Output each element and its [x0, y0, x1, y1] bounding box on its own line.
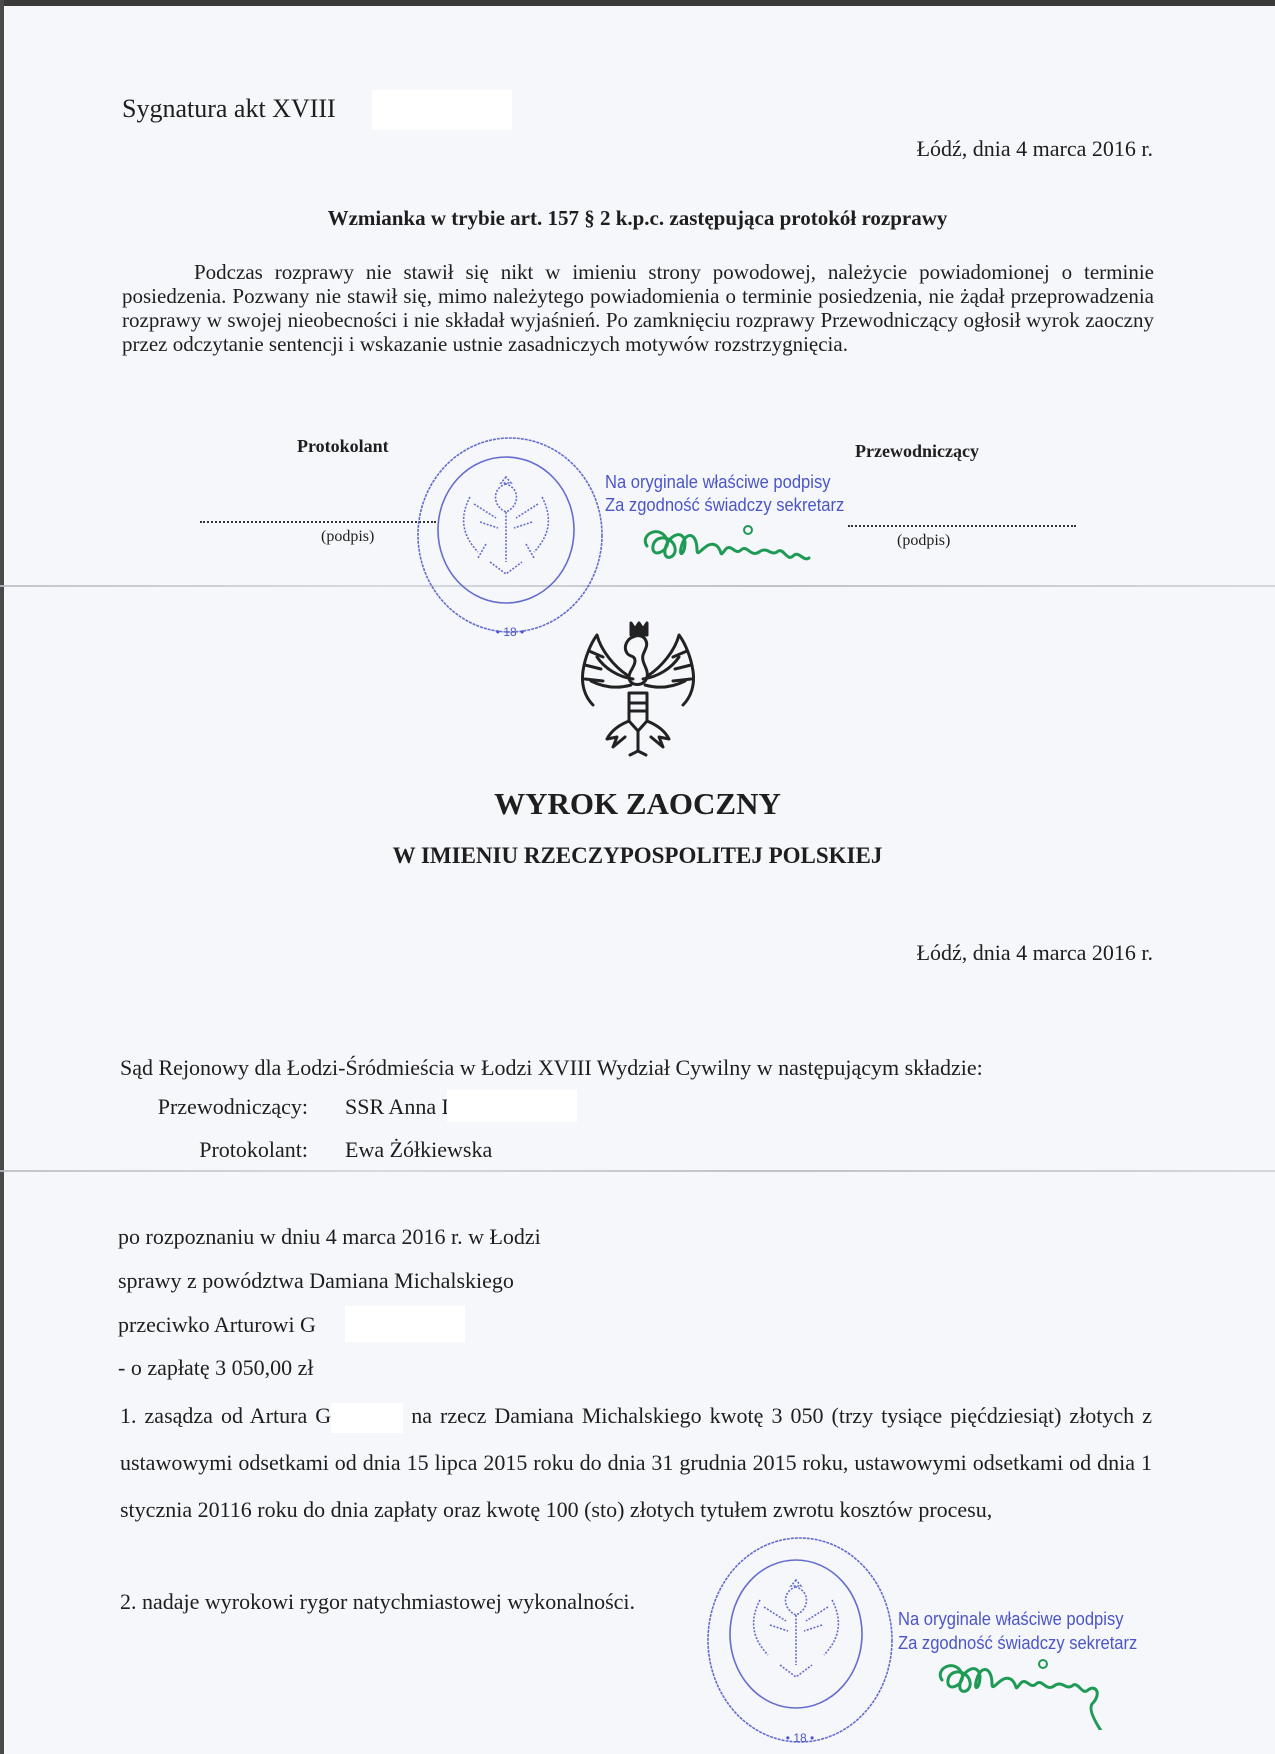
signature-line-left — [200, 521, 436, 523]
signature-line-right — [848, 525, 1076, 527]
case-signature: Sygnatura akt XVIII — [122, 94, 336, 124]
verdict-subtitle: W IMIENIU RZECZYPOSPOLITEJ POLSKIEJ — [0, 843, 1275, 869]
note-body-text: Podczas rozprawy nie stawił się nikt w i… — [122, 260, 1154, 356]
composition-name: SSR Anna D — [345, 1094, 457, 1120]
paper-fold-line — [0, 1170, 1275, 1172]
verdict-date: Łódź, dnia 4 marca 2016 r. — [917, 940, 1153, 966]
court-seal-icon: • 18 • — [700, 1530, 900, 1750]
redaction-box — [372, 90, 512, 130]
composition-role: Protokolant: — [118, 1137, 308, 1163]
case-line: przeciwko Arturowi G — [118, 1312, 316, 1338]
document-date: Łódź, dnia 4 marca 2016 r. — [917, 136, 1153, 162]
handwritten-signature-icon — [635, 516, 855, 572]
sign-caption-right: (podpis) — [897, 532, 950, 550]
handwritten-signature-icon — [930, 1650, 1170, 1730]
case-line: po rozpoznaniu w dniu 4 marca 2016 r. w … — [118, 1224, 541, 1250]
court-composition: Sąd Rejonowy dla Łodzi-Śródmieścia w Łod… — [120, 1055, 983, 1081]
scan-border-left — [0, 0, 4, 1754]
sign-caption-left: (podpis) — [321, 528, 374, 546]
stamp-line-1: Na oryginale właściwe podpisy — [898, 1608, 1124, 1630]
composition-role: Przewodniczący: — [118, 1094, 308, 1120]
redaction-box — [345, 1306, 465, 1342]
stamp-line-1: Na oryginale właściwe podpisy — [605, 471, 831, 493]
polish-eagle-emblem-icon — [573, 617, 703, 757]
ruling-2-prefix: 2. — [120, 1589, 137, 1614]
redaction-box — [447, 1090, 577, 1122]
ruling-1-prefix: 1. zasądza od Artura G — [120, 1403, 331, 1428]
protokolant-label: Protokolant — [297, 436, 389, 457]
ruling-1: 1. zasądza od Artura G na rzecz Damiana … — [120, 1392, 1152, 1533]
composition-name: Ewa Żółkiewska — [345, 1137, 492, 1163]
verdict-title: WYROK ZAOCZNY — [0, 786, 1275, 822]
przewodniczacy-label: Przewodniczący — [855, 441, 979, 462]
redaction-box — [331, 1403, 403, 1433]
case-line: sprawy z powództwa Damiana Michalskiego — [118, 1268, 514, 1294]
scan-border-top — [0, 0, 1275, 6]
note-title: Wzmianka w trybie art. 157 § 2 k.p.c. za… — [0, 206, 1275, 231]
note-body: Podczas rozprawy nie stawił się nikt w i… — [122, 260, 1154, 356]
court-seal-icon: • 18 • — [410, 432, 610, 642]
paper-fold-line — [0, 585, 1275, 587]
svg-text:• 18 •: • 18 • — [496, 625, 524, 639]
stamp-line-2: Za zgodność świadczy sekretarz — [605, 494, 844, 516]
case-line: - o zapłatę 3 050,00 zł — [118, 1355, 314, 1381]
svg-text:• 18 •: • 18 • — [786, 1731, 814, 1745]
ruling-2-text: nadaje wyrokowi rygor natychmiastowej wy… — [142, 1589, 635, 1614]
